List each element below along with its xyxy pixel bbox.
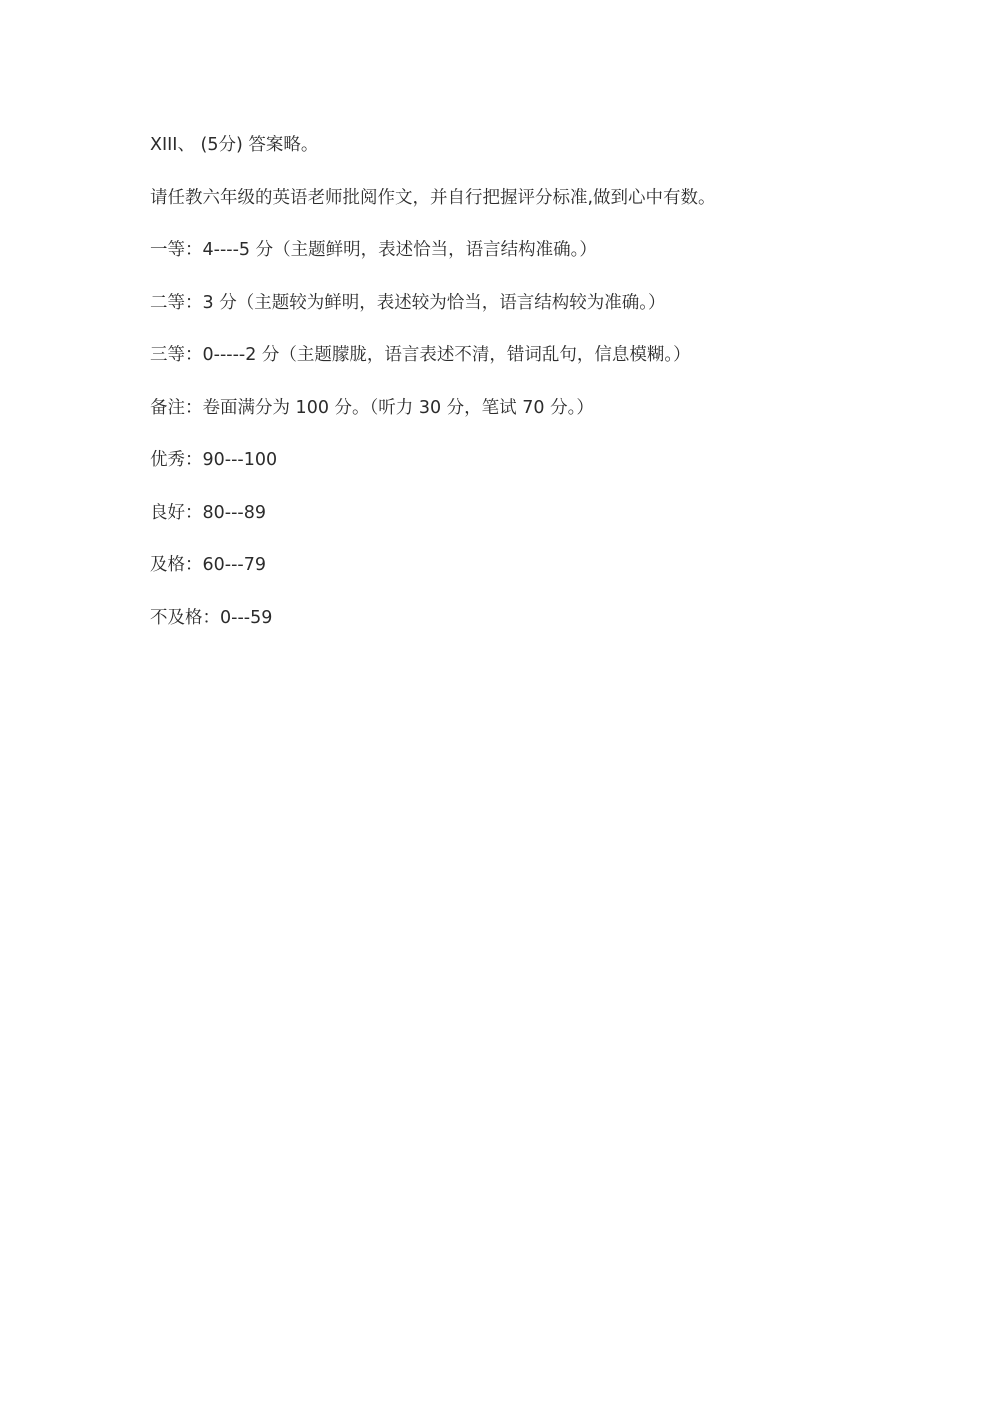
instruction-text: 请任教六年级的英语老师批阅作文，并自行把握评分标准,做到心中有数。 xyxy=(150,186,870,210)
rating-excellent: 优秀：90---100 xyxy=(150,448,870,472)
grade-level-second: 二等：3 分（主题较为鲜明，表述较为恰当，语言结构较为准确。） xyxy=(150,291,870,315)
rating-good: 良好：80---89 xyxy=(150,501,870,525)
document-body: XIII、 (5分) 答案略。 请任教六年级的英语老师批阅作文，并自行把握评分标… xyxy=(150,133,870,658)
rating-fail: 不及格：0---59 xyxy=(150,606,870,630)
rating-pass: 及格：60---79 xyxy=(150,553,870,577)
section-heading-xiii: XIII、 (5分) 答案略。 xyxy=(150,133,870,157)
grade-level-third: 三等：0-----2 分（主题朦胧，语言表述不清，错词乱句，信息模糊。） xyxy=(150,343,870,367)
note-total-score: 备注：卷面满分为 100 分。（听力 30 分，笔试 70 分。） xyxy=(150,396,870,420)
grade-level-first: 一等：4----5 分（主题鲜明，表述恰当，语言结构准确。） xyxy=(150,238,870,262)
document-page: XIII、 (5分) 答案略。 请任教六年级的英语老师批阅作文，并自行把握评分标… xyxy=(0,0,1000,1415)
